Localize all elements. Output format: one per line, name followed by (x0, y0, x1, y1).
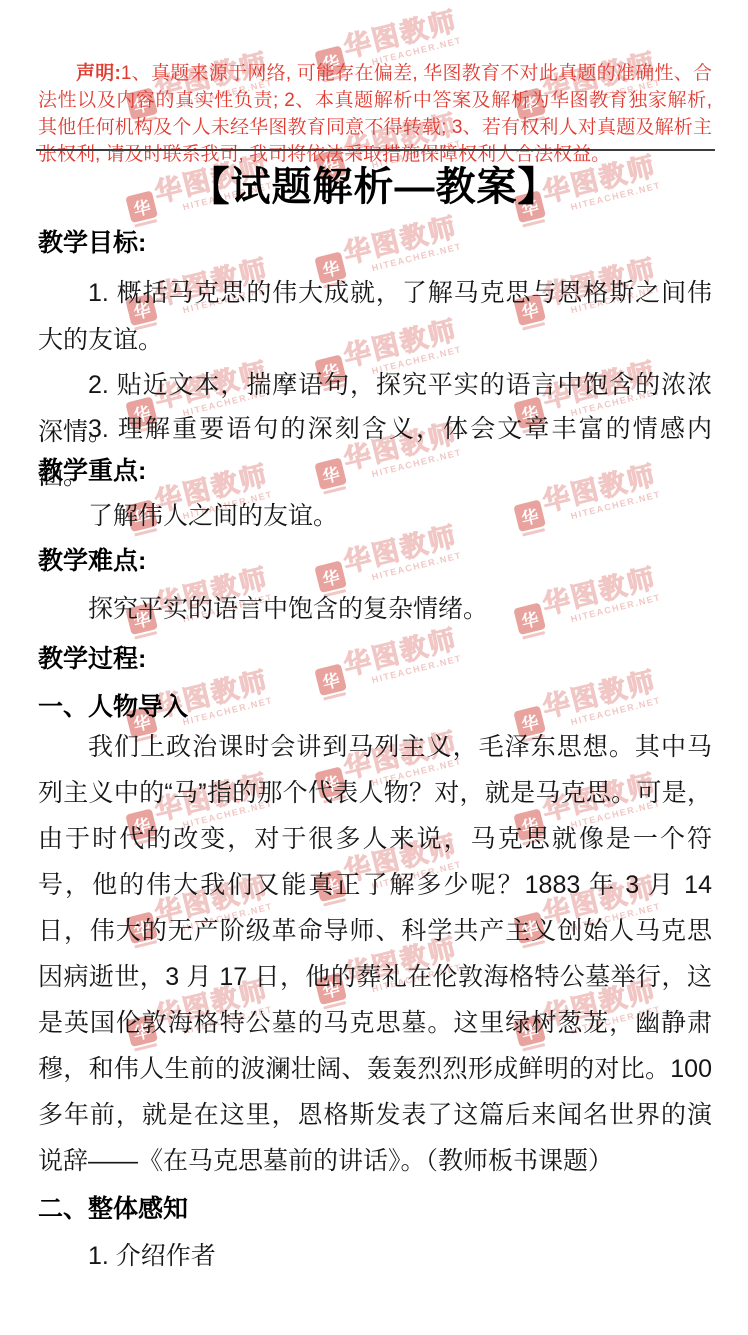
heading-teaching-process: 教学过程: (38, 636, 712, 683)
heading-teaching-key-points: 教学重点: (38, 448, 712, 495)
intro-paragraph: 我们上政治课时会讲到马列主义，毛泽东思想。其中马列主义中的“马”指的那个代表人物… (38, 724, 712, 1184)
difficulties-text: 探究平实的语言中饱含的复杂情绪。 (38, 586, 712, 633)
document-title: 【试题解析—教案】 (0, 161, 748, 213)
disclaimer-label: 声明: (76, 63, 121, 84)
objective-item-1: 1. 概括马克思的伟大成就，了解马克思与恩格斯之间伟大的友谊。 (38, 270, 712, 364)
heading-teaching-objectives: 教学目标: (38, 220, 712, 267)
heading-teaching-difficulties: 教学难点: (38, 538, 712, 585)
watermark-brand-text: 华图教师 (341, 8, 460, 62)
author-intro-item: 1. 介绍作者 (38, 1233, 712, 1280)
key-points-text: 了解伟人之间的友谊。 (38, 493, 712, 540)
scanned-document-page: 华华图教师HITEACHER.NET华华图教师HITEACHER.NET华华图教… (0, 0, 748, 1335)
section-two-overall-perception: 二、整体感知 (38, 1186, 712, 1233)
divider-rule (36, 149, 715, 151)
disclaimer-notice: 声明:1、真题来源于网络, 可能存在偏差, 华图教育不对此真题的准确性、合法性以… (38, 60, 712, 168)
